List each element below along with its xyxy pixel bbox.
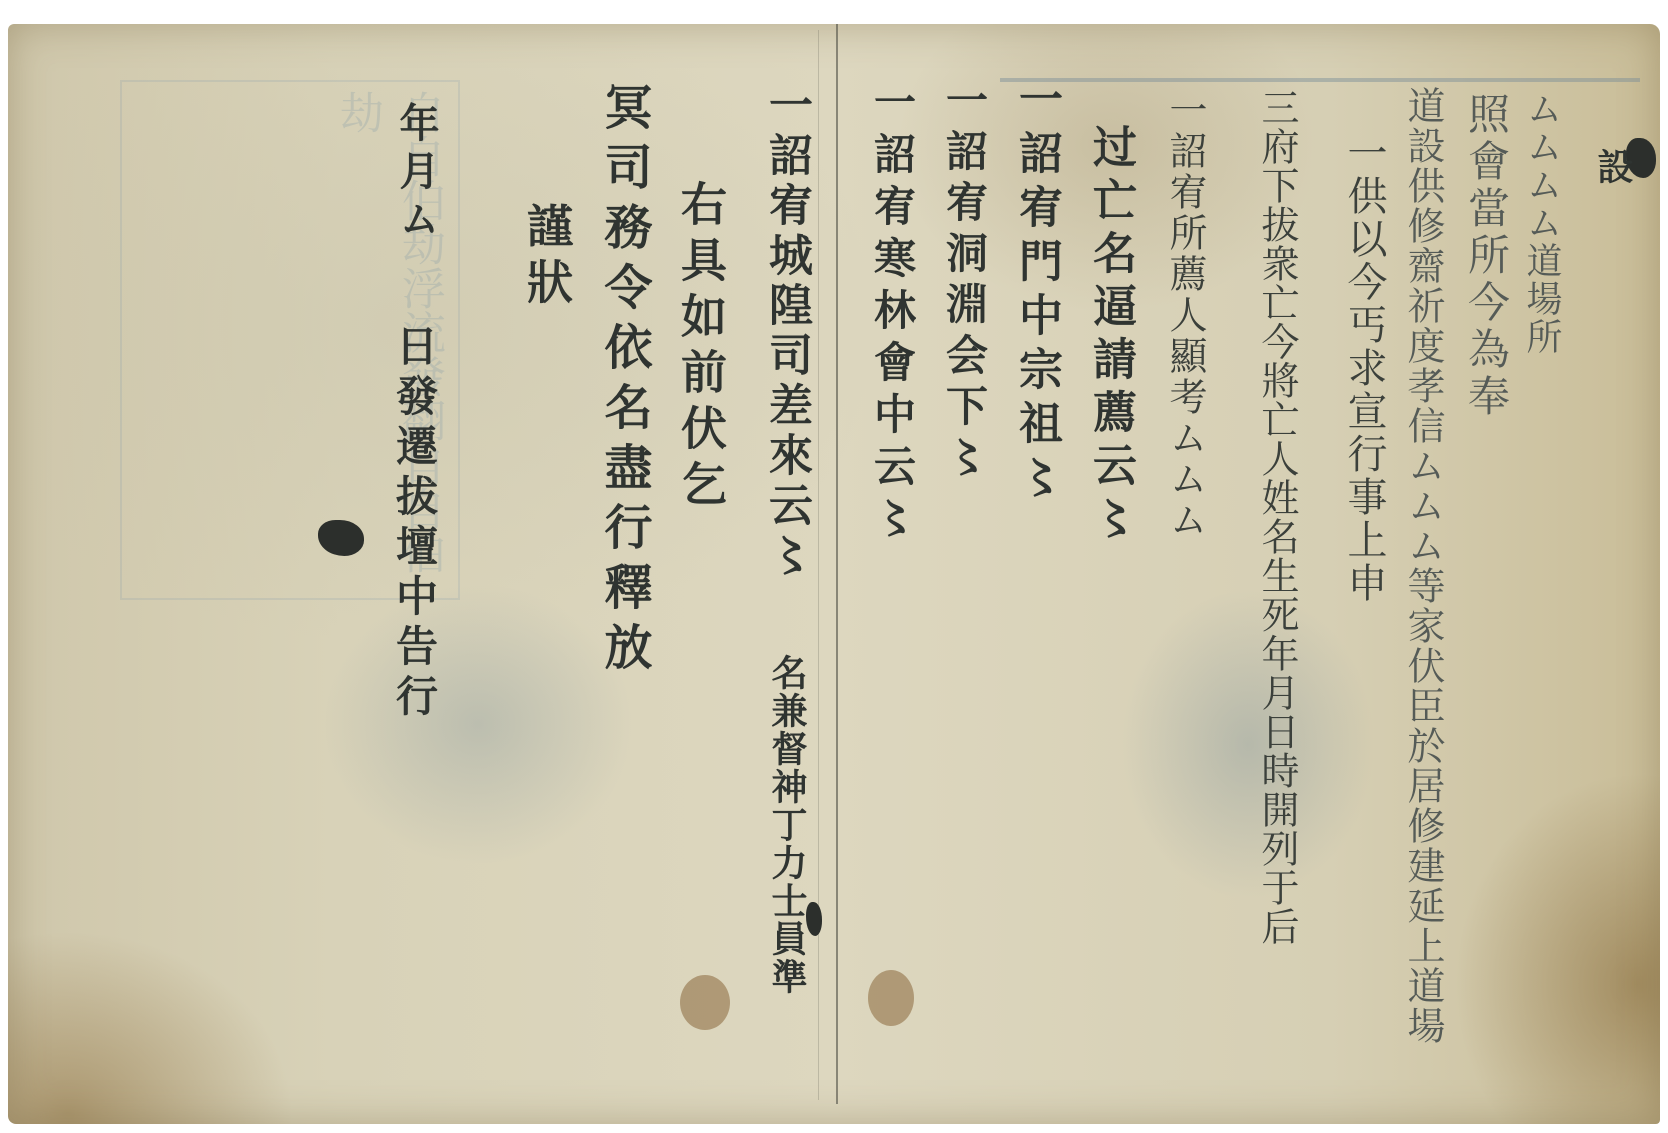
date-line-year-month: 年月ム: [388, 102, 445, 246]
text-column-l4: 謹狀: [514, 202, 580, 314]
ink-stain: [680, 975, 730, 1030]
text-column-r1: ムムムム道場所: [1516, 90, 1567, 356]
margin-heading: 設: [1588, 148, 1639, 188]
top-rule-line: [1000, 78, 1640, 82]
text-column-r3: 道設供修齋祈度孝信ムムム等家伏臣於居修建延上道場: [1396, 86, 1451, 1046]
date-line-day-signature: 日發遷拔壇中告行: [384, 324, 444, 724]
text-column-r6: 一詔宥所薦人顯考ムムム: [1158, 90, 1213, 541]
text-column-r9: 一詔宥洞淵会下〻: [934, 78, 994, 486]
ink-stain: [868, 970, 914, 1026]
text-column-l3: 冥司務令依名盡行釋放: [590, 82, 659, 682]
book-spine-fold: [836, 24, 838, 1104]
text-column-l1-continuation: 名兼督神丁力士員準: [762, 654, 813, 996]
text-column-r10: 一詔宥寒林會中云〻: [862, 80, 922, 548]
inner-margin-line: [818, 30, 819, 1100]
text-column-r4: 一供以今丐求宣行事上申: [1336, 132, 1393, 605]
text-column-r5: 三府下拔衆亡今將亡人姓名生死年月日時開列于后: [1250, 88, 1305, 946]
text-column-l2: 右具如前伏乞: [668, 180, 734, 516]
text-column-l1: 一詔宥城隍司差來云〻: [754, 82, 818, 582]
text-column-r8: 一詔宥門中宗祖〻: [1004, 76, 1068, 508]
text-column-r2: 照會當所今為奉: [1456, 92, 1516, 421]
text-column-r7: 过亡名逼請薦云〻: [1078, 124, 1142, 548]
